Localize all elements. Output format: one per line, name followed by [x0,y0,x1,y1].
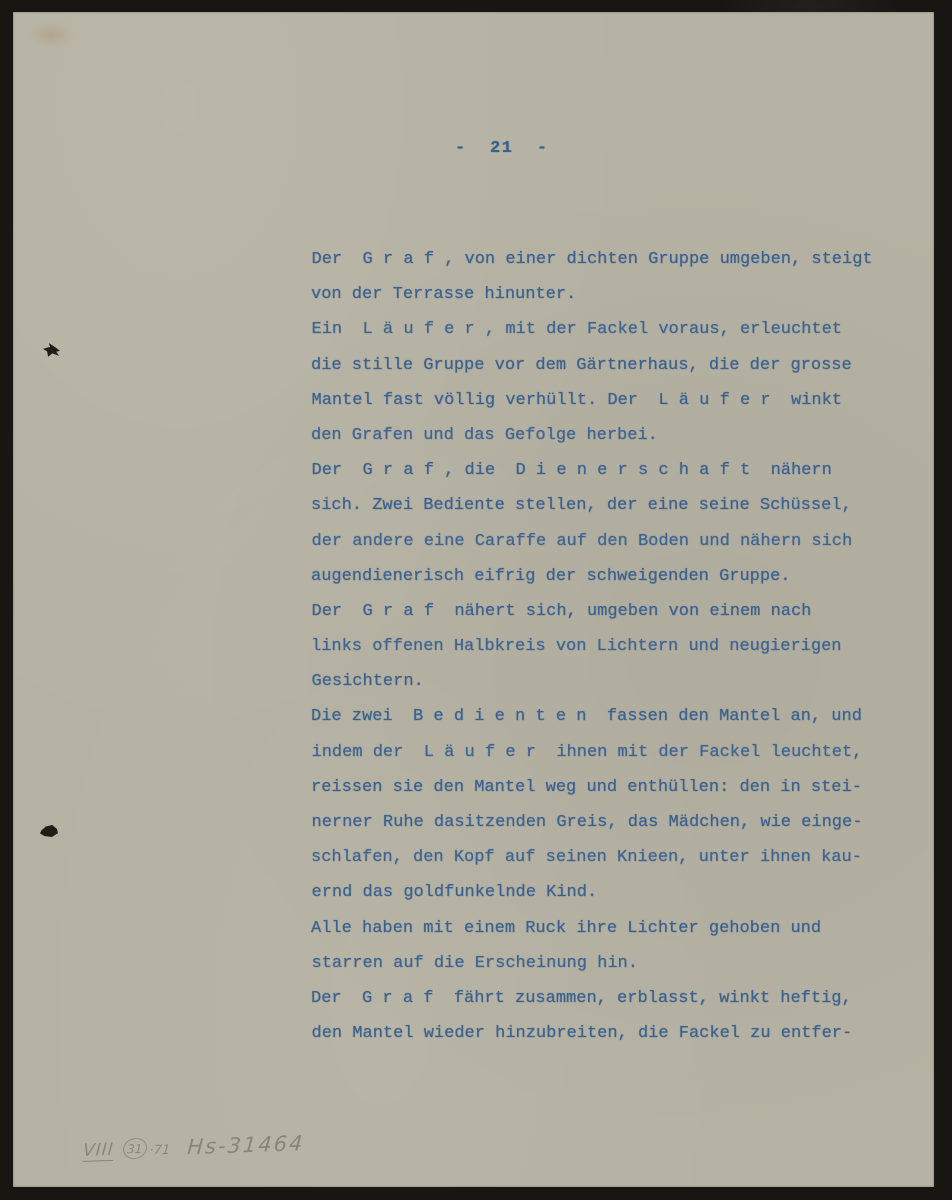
typed-line: ernd das goldfunkelnde Kind. [312,875,912,910]
typed-line: starren auf die Erscheinung hin. [312,946,912,981]
typed-line: Mantel fast völlig verhüllt. Der L ä u f… [312,383,912,418]
ink-blot-top [43,343,60,357]
typed-line: reissen sie den Mantel weg und enthüllen… [311,770,911,805]
annotation-shelfmark: Hs-31464 [187,1133,306,1158]
annotation-roman-numeral: VIII [82,1142,114,1162]
typed-line: Der G r a f fährt zusammen, erblasst, wi… [311,981,911,1016]
typed-text-block: Der G r a f , von einer dichten Gruppe u… [311,242,911,1051]
typed-line: sich. Zwei Bediente stellen, der eine se… [311,488,911,523]
typed-line: augendienerisch eifrig der schweigenden … [311,559,911,594]
typed-line: links offenen Halbkreis von Lichtern und… [311,629,911,664]
typed-line: Ein L ä u f e r , mit der Fackel voraus,… [312,312,912,347]
typed-line: Gesichtern. [312,664,912,699]
manuscript-page: - 21 - Der G r a f , von einer dichten G… [13,12,934,1187]
typed-line: Die zwei B e d i e n t e n fassen den Ma… [311,699,911,734]
page-number: - 21 - [455,139,549,158]
typed-line: indem der L ä u f e r ihnen mit der Fack… [312,735,912,770]
paper-stain [28,22,74,48]
archival-annotation: VIII 31 ·71 Hs-31464 [82,1132,305,1162]
typed-line: schlafen, den Kopf auf seinen Knieen, un… [311,840,911,875]
typed-line: Alle haben mit einem Ruck ihre Lichter g… [311,911,911,946]
typed-line: die stille Gruppe vor dem Gärtnerhaus, d… [311,348,911,383]
typed-line: nerner Ruhe dasitzenden Greis, das Mädch… [312,805,912,840]
typed-line: von der Terrasse hinunter. [311,277,911,312]
typed-line: Der G r a f , von einer dichten Gruppe u… [312,242,912,277]
annotation-circled-number: 31 [122,1138,147,1160]
scan-background: - 21 - Der G r a f , von einer dichten G… [0,0,952,1200]
ink-blot-bottom [40,825,58,837]
typed-line: den Mantel wieder hinzubreiten, die Fack… [312,1016,912,1051]
typed-line: Der G r a f , die D i e n e r s c h a f … [312,453,912,488]
annotation-year: ·71 [149,1144,171,1158]
typed-line: der andere eine Caraffe auf den Boden un… [312,524,912,559]
typed-line: Der G r a f nähert sich, umgeben von ein… [312,594,912,629]
typed-line: den Grafen und das Gefolge herbei. [311,418,911,453]
